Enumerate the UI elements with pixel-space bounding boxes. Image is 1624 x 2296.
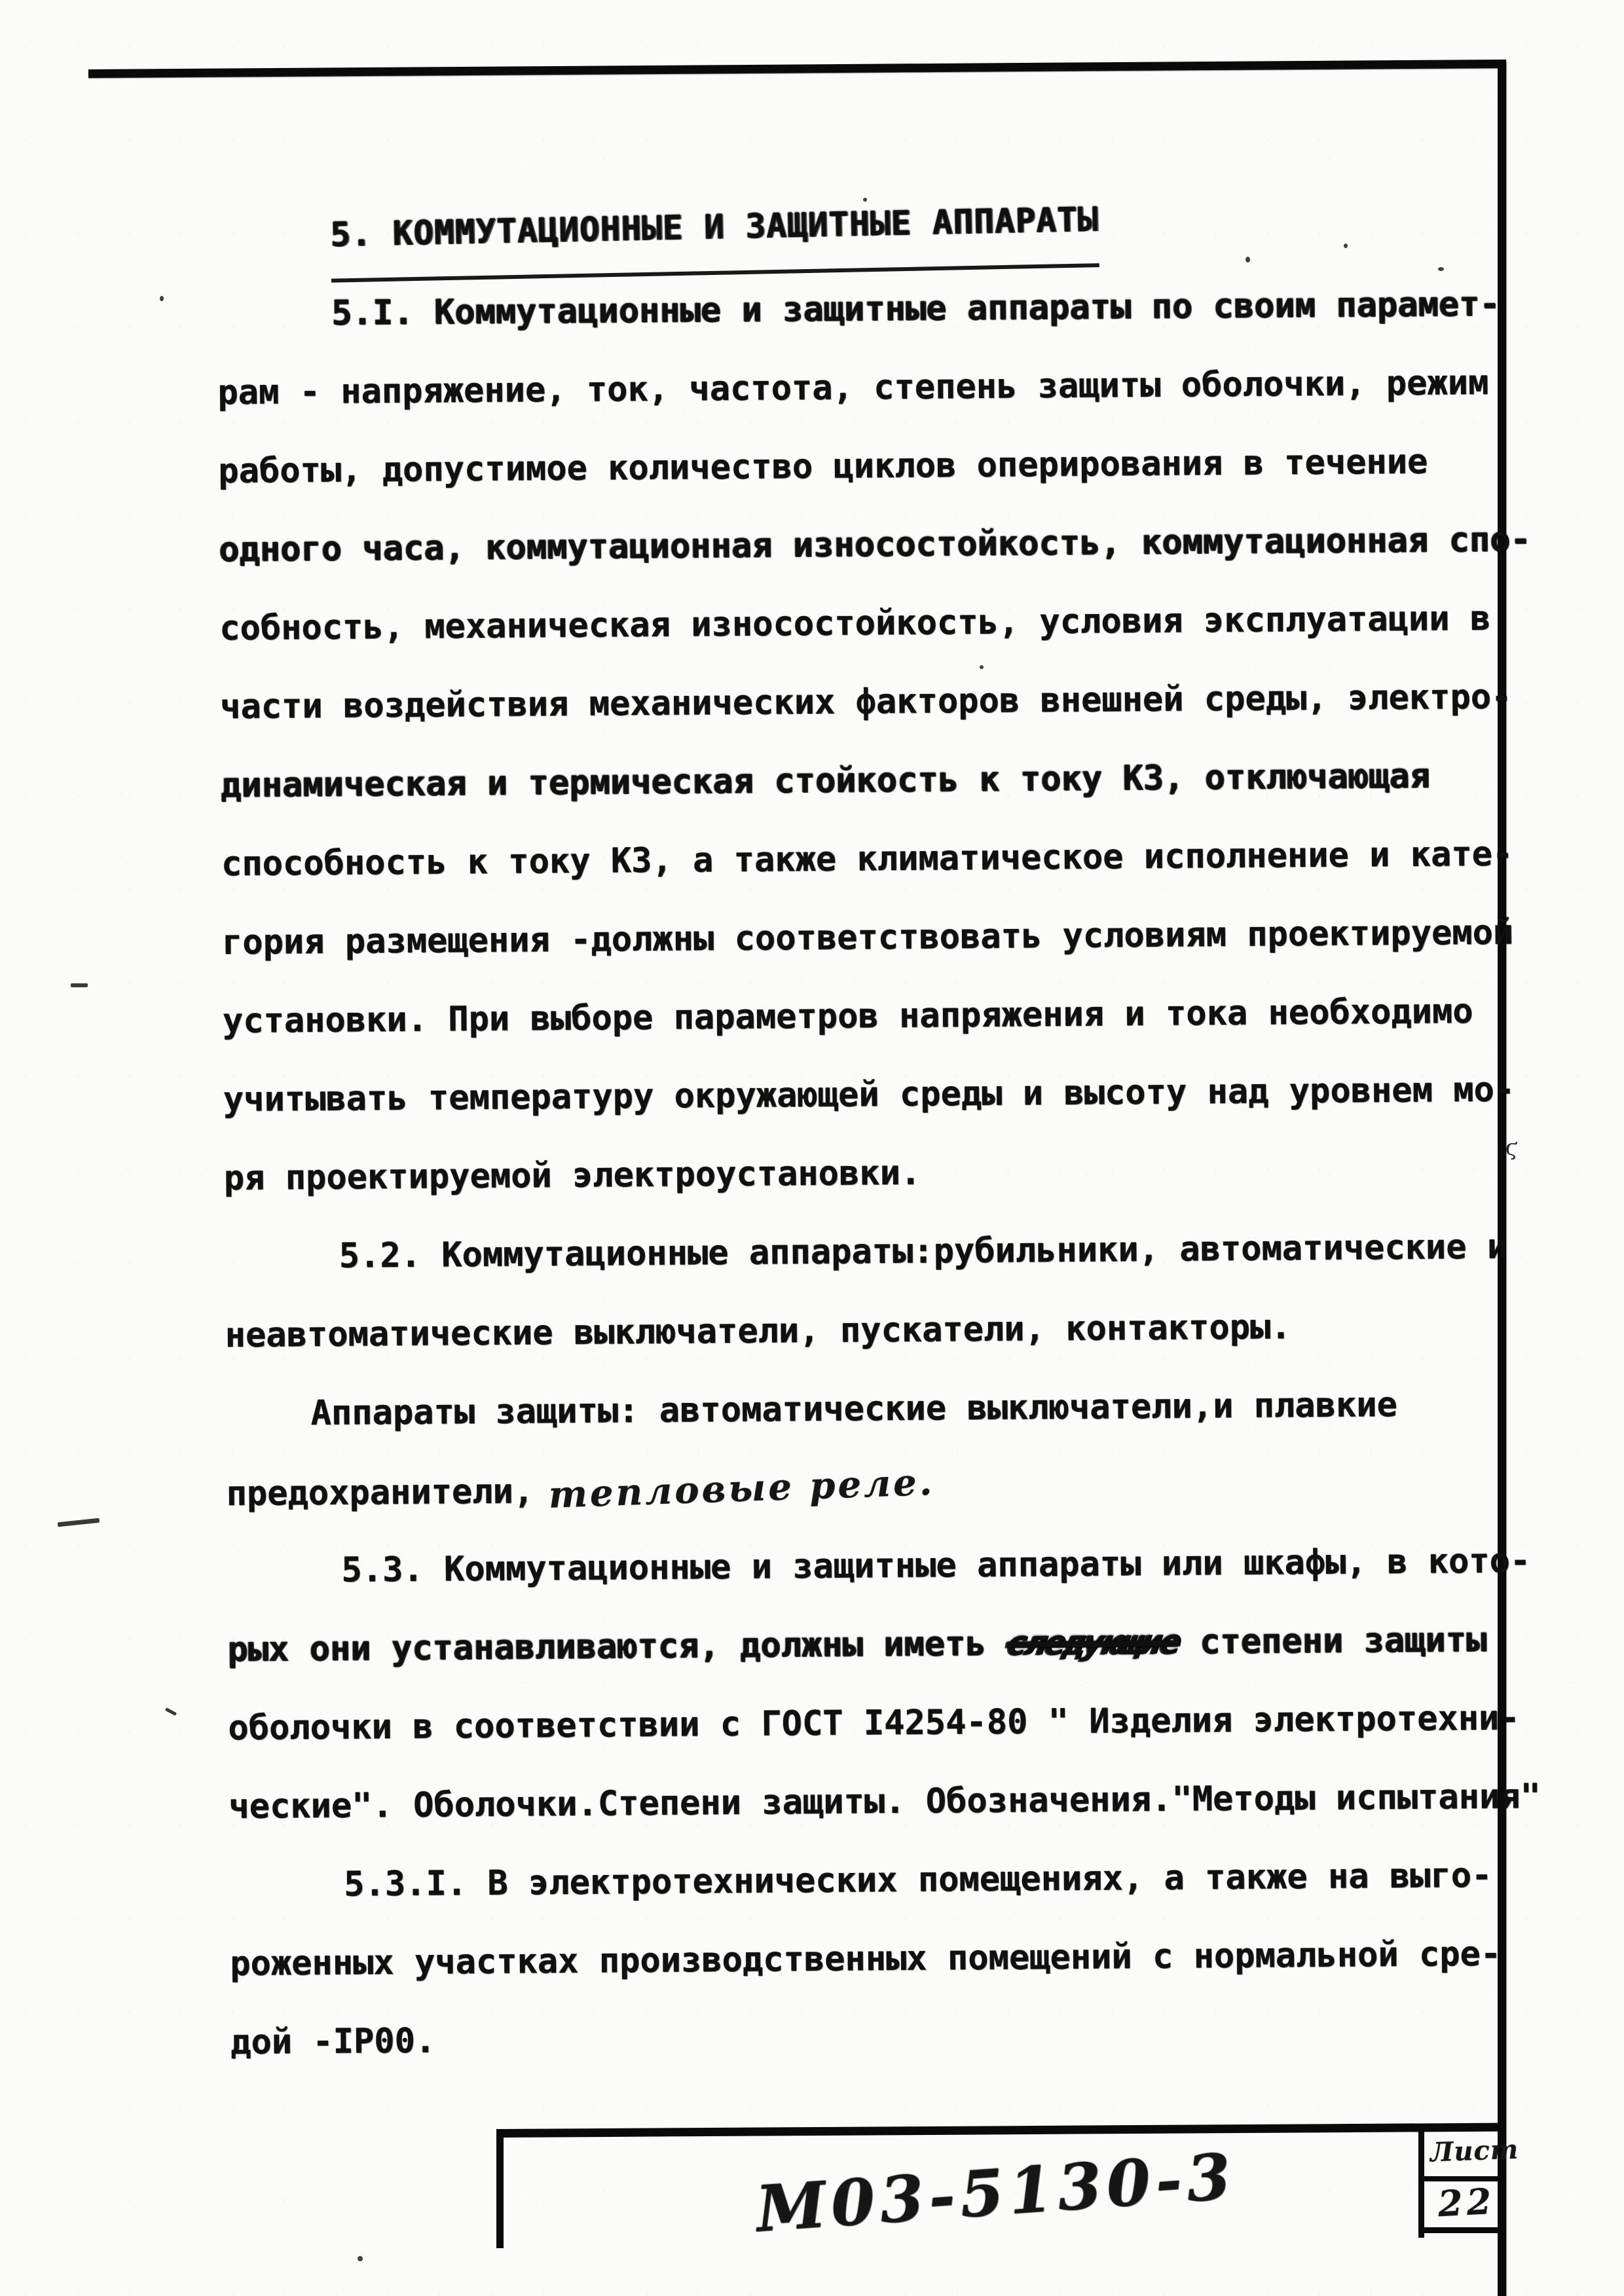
sheet-box-left-line [1418,2132,1424,2238]
ink-speck [358,2256,363,2261]
text-line: 5.3. Коммутационные и защитные аппараты … [227,1522,1570,1611]
page-border-top [88,60,1506,78]
section-heading-text: 5. КОММУТАЦИОННЫЕ И ЗАЩИТНЫЕ АППАРАТЫ [329,181,1099,283]
text-line: способность к току КЗ, а также климатиче… [221,814,1564,903]
text-line: гория размещения -должны соответствовать… [221,893,1564,982]
title-block-left-line [496,2129,504,2248]
ink-speck [160,296,164,301]
ink-speck [549,464,552,468]
sheet-label: Лист [1430,2134,1519,2168]
ink-speck [1438,267,1444,271]
typed-fragment: рых они устанавливаются, должны иметь [227,1624,1006,1669]
document-body: 5. КОММУТАЦИОННЫЕ И ЗАЩИТНЫЕ АППАРАТЫ 5.… [216,186,1574,2082]
ink-speck [863,198,867,202]
ink-speck [1344,244,1348,248]
text-line: части воздействия механических факторов … [220,657,1563,746]
text-line: собность, механическая износостойкость, … [219,579,1562,668]
text-line: 5.3.I. В электротехнических помещениях, … [229,1836,1572,1925]
margin-mark [165,1707,177,1716]
text-line: установки. При выборе параметров напряже… [222,972,1565,1061]
text-line: ческие". Оболочки.Степени защиты. Обозна… [229,1757,1572,1846]
text-line: рам - напряжение, ток, частота, степень … [217,343,1560,432]
text-line: работы, допустимое количество циклов опе… [218,422,1561,511]
ink-speck [980,665,984,669]
margin-mark [71,983,88,987]
text-line-with-handwriting: предохранители,тепловые реле. [226,1443,1569,1532]
margin-mark [58,1518,100,1527]
document-number: М03-5130-3 [754,2139,1238,2246]
text-line: Аппараты защиты: автоматические выключат… [225,1364,1568,1453]
text-line-with-strikethrough: рых они устанавливаются, должны иметь сл… [227,1600,1570,1689]
text-line: ря проектируемой электроустановки. [223,1129,1566,1218]
text-line: динамическая и термическая стойкость к т… [221,736,1564,825]
ink-speck [1246,257,1250,263]
typed-fragment: степени защиты [1179,1620,1487,1662]
sheet-box-bottom-line [1418,2227,1505,2233]
title-block-top-line [496,2123,1506,2138]
text-line: учитывать температуру окружающей среды и… [223,1050,1566,1139]
section-heading: 5. КОММУТАЦИОННЫЕ И ЗАЩИТНЫЕ АППАРАТЫ [216,186,1559,275]
sheet-number: 22 [1437,2180,1496,2225]
text-line: роженных участках производственных помещ… [230,1914,1573,2003]
scanned-document-page: { "doc": { "heading": "5. КОММУТАЦИОННЫЕ… [0,0,1624,2296]
text-line: оболочки в соответствии с ГОСТ I4254-80 … [228,1679,1571,1768]
text-line: одного часа, коммутационная износостойко… [219,500,1562,589]
text-line: неавтоматические выключатели, пускатели,… [225,1286,1568,1375]
handwritten-insertion: тепловые реле. [547,1443,935,1535]
text-line: дой -IP00. [231,1993,1574,2082]
typed-fragment: предохранители, [226,1472,534,1514]
text-line: 5.2. Коммутационные аппараты:рубильники,… [224,1207,1567,1296]
struck-out-word: следующие [1000,1603,1186,1683]
